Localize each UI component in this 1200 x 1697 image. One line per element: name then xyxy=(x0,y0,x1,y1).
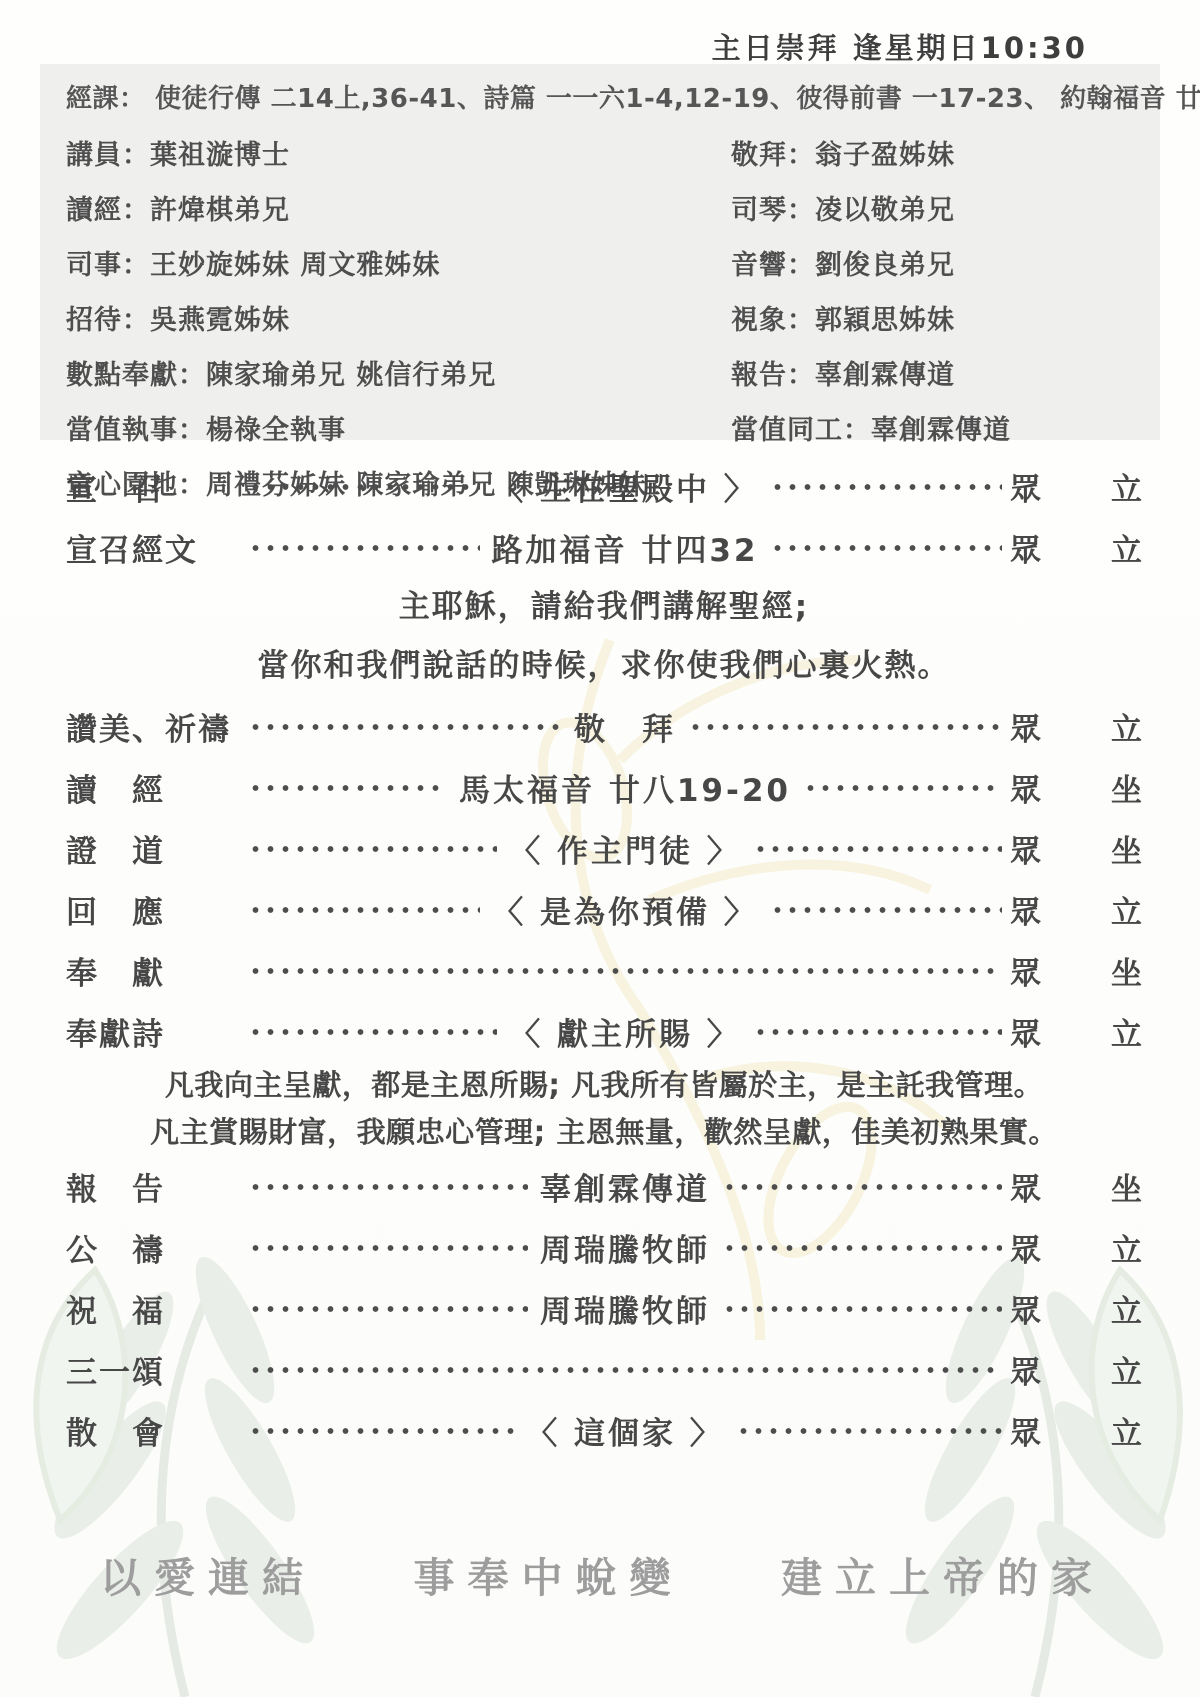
posture-label: 立 xyxy=(1111,1347,1142,1392)
program-row-doxology: 三一頌 眾 立 xyxy=(66,1339,1142,1400)
program-item-title: 讀 經 xyxy=(66,765,244,810)
posture-label: 坐 xyxy=(1111,1164,1142,1209)
dotted-leader xyxy=(248,1364,1002,1376)
program-item-title: 祝 福 xyxy=(66,1286,244,1331)
program-item-title: 奉 獻 xyxy=(66,948,244,993)
page-title: 主日崇拜 逢星期日10:30 xyxy=(712,26,1088,67)
role-scripture-reader: 讀經：許煒棋弟兄 xyxy=(66,183,731,238)
program-row-public-prayer: 公 禱 周瑞騰牧師 眾 立 xyxy=(66,1217,1142,1278)
program-item-title: 奉獻詩 xyxy=(66,1009,244,1054)
posture-indicator: 眾 立 xyxy=(1010,1347,1142,1392)
dotted-leader xyxy=(248,904,480,916)
bulletin-page: 主日崇拜 逢星期日10:30 經課： 使徒行傳 二14上,36-41、詩篇 一一… xyxy=(0,0,1200,1697)
footer-slogans: 以愛連結 事奉中蛻變 建立上帝的家 xyxy=(100,1545,1105,1604)
program-item-content: 馬太福音 廿八19-20 xyxy=(451,765,799,810)
call-scripture-verse-line: 主耶穌，請給我們講解聖經; xyxy=(66,578,1142,637)
audience-label: 眾 xyxy=(1010,1225,1041,1270)
slogan-connect-in-love: 以愛連結 xyxy=(100,1545,316,1604)
slogan-build-gods-home: 建立上帝的家 xyxy=(781,1545,1105,1604)
order-of-worship: 宣 召 〈 主在聖殿中 〉 眾 立 宣召經文 路加福音 廿四32 眾 立 主耶穌… xyxy=(66,456,1142,1461)
program-item-content: 路加福音 廿四32 xyxy=(484,525,767,570)
role-announcements: 報告：辜創霖傳道 xyxy=(731,348,1134,403)
audience-label: 眾 xyxy=(1010,704,1041,749)
program-item-content: 〈 獻主所賜 〉 xyxy=(501,1009,749,1054)
role-speaker: 講員：葉祖漩博士 xyxy=(66,128,731,183)
program-item-title: 證 道 xyxy=(66,826,244,871)
program-item-title: 公 禱 xyxy=(66,1225,244,1270)
dotted-leader xyxy=(722,1242,1002,1254)
dotted-leader xyxy=(770,904,1002,916)
program-item-title: 報 告 xyxy=(66,1164,244,1209)
dotted-leader xyxy=(770,481,1002,493)
dotted-leader xyxy=(753,843,1002,855)
posture-indicator: 眾 立 xyxy=(1010,1408,1142,1453)
program-row-offering-hymn: 奉獻詩 〈 獻主所賜 〉 眾 立 xyxy=(66,1001,1142,1062)
program-item-title: 讚美、祈禱 xyxy=(66,704,244,749)
dotted-leader xyxy=(736,1425,1002,1437)
dotted-leader xyxy=(248,1181,528,1193)
dotted-leader xyxy=(248,542,480,554)
posture-indicator: 眾 立 xyxy=(1010,1286,1142,1331)
role-worship-leader: 敬拜：翁子盈姊妹 xyxy=(731,128,1134,183)
posture-label: 立 xyxy=(1111,1009,1142,1054)
service-info-box: 經課： 使徒行傳 二14上,36-41、詩篇 一一六1-4,12-19、彼得前書… xyxy=(40,64,1160,440)
role-ushers: 司事：王妙旋姊妹 周文雅姊妹 xyxy=(66,238,731,293)
posture-label: 坐 xyxy=(1111,826,1142,871)
posture-indicator: 眾 立 xyxy=(1010,525,1142,570)
dotted-leader xyxy=(248,1242,528,1254)
posture-label: 立 xyxy=(1111,704,1142,749)
program-item-content: 〈 這個家 〉 xyxy=(518,1408,732,1453)
role-pianist: 司琴：凌以敬弟兄 xyxy=(731,183,1134,238)
posture-indicator: 眾 立 xyxy=(1010,1225,1142,1270)
dotted-leader xyxy=(248,965,1002,977)
posture-indicator: 眾 坐 xyxy=(1010,1164,1142,1209)
posture-label: 立 xyxy=(1111,525,1142,570)
dotted-leader xyxy=(803,782,1002,794)
program-item-content: 〈 作主門徒 〉 xyxy=(501,826,749,871)
dotted-leader xyxy=(753,1026,1002,1038)
role-visual: 視象：郭穎思姊妹 xyxy=(731,293,1134,348)
posture-label: 立 xyxy=(1111,1408,1142,1453)
program-item-title: 三一頌 xyxy=(66,1347,244,1392)
program-item-title: 宣 召 xyxy=(66,464,244,509)
audience-label: 眾 xyxy=(1010,1009,1041,1054)
dotted-leader xyxy=(688,721,1002,733)
dotted-leader xyxy=(248,782,447,794)
posture-indicator: 眾 坐 xyxy=(1010,765,1142,810)
audience-label: 眾 xyxy=(1010,765,1041,810)
audience-label: 眾 xyxy=(1010,525,1041,570)
posture-indicator: 眾 坐 xyxy=(1010,826,1142,871)
program-item-title: 散 會 xyxy=(66,1408,244,1453)
audience-label: 眾 xyxy=(1010,1347,1041,1392)
program-row-call-scripture: 宣召經文 路加福音 廿四32 眾 立 xyxy=(66,517,1142,578)
role-audio: 音響：劉俊良弟兄 xyxy=(731,238,1134,293)
audience-label: 眾 xyxy=(1010,464,1041,509)
audience-label: 眾 xyxy=(1010,1408,1041,1453)
program-item-content: 辜創霖傳道 xyxy=(532,1164,718,1209)
offering-hymn-lyrics-line: 凡主賞賜財富，我願忠心管理; 主恩無量，歡然呈獻，佳美初熟果實。 xyxy=(66,1109,1142,1156)
dotted-leader xyxy=(722,1181,1002,1193)
program-item-content: 周瑞騰牧師 xyxy=(532,1225,718,1270)
program-item-content: 敬 拜 xyxy=(566,704,684,749)
dotted-leader xyxy=(248,1026,497,1038)
posture-label: 坐 xyxy=(1111,765,1142,810)
program-item-content: 〈 主在聖殿中 〉 xyxy=(484,464,766,509)
audience-label: 眾 xyxy=(1010,826,1041,871)
posture-label: 坐 xyxy=(1111,948,1142,993)
posture-indicator: 眾 立 xyxy=(1010,887,1142,932)
dotted-leader xyxy=(248,1303,528,1315)
role-deacon-on-duty: 當值執事：楊祿全執事 xyxy=(66,403,731,458)
dotted-leader xyxy=(248,481,480,493)
dotted-leader xyxy=(248,721,562,733)
program-row-scripture-reading: 讀 經 馬太福音 廿八19-20 眾 坐 xyxy=(66,757,1142,818)
program-row-announcements: 報 告 辜創霖傳道 眾 坐 xyxy=(66,1156,1142,1217)
scripture-readings-line: 經課： 使徒行傳 二14上,36-41、詩篇 一一六1-4,12-19、彼得前書… xyxy=(66,78,1134,120)
dotted-leader xyxy=(248,1425,514,1437)
dotted-leader xyxy=(722,1303,1002,1315)
program-row-call-to-worship: 宣 召 〈 主在聖殿中 〉 眾 立 xyxy=(66,456,1142,517)
program-row-dismissal: 散 會 〈 這個家 〉 眾 立 xyxy=(66,1400,1142,1461)
dotted-leader xyxy=(770,542,1002,554)
program-row-response: 回 應 〈 是為你預備 〉 眾 立 xyxy=(66,879,1142,940)
role-greeter: 招待：吳燕霓姊妹 xyxy=(66,293,731,348)
program-item-content: 〈 是為你預備 〉 xyxy=(484,887,766,932)
role-offering-counters: 數點奉獻：陳家瑜弟兄 姚信行弟兄 xyxy=(66,348,731,403)
program-item-content: 周瑞騰牧師 xyxy=(532,1286,718,1331)
program-row-sermon: 證 道 〈 作主門徒 〉 眾 坐 xyxy=(66,818,1142,879)
program-item-title: 回 應 xyxy=(66,887,244,932)
role-staff-on-duty: 當值同工：辜創霖傳道 xyxy=(731,403,1134,458)
posture-label: 立 xyxy=(1111,887,1142,932)
audience-label: 眾 xyxy=(1010,1164,1041,1209)
program-row-praise-prayer: 讚美、祈禱 敬 拜 眾 立 xyxy=(66,696,1142,757)
posture-indicator: 眾 坐 xyxy=(1010,948,1142,993)
program-item-title: 宣召經文 xyxy=(66,525,244,570)
dotted-leader xyxy=(248,843,497,855)
program-row-benediction: 祝 福 周瑞騰牧師 眾 立 xyxy=(66,1278,1142,1339)
slogan-transform-in-service: 事奉中蛻變 xyxy=(414,1545,684,1604)
audience-label: 眾 xyxy=(1010,887,1041,932)
posture-label: 立 xyxy=(1111,1225,1142,1270)
posture-indicator: 眾 立 xyxy=(1010,1009,1142,1054)
posture-indicator: 眾 立 xyxy=(1010,704,1142,749)
offering-hymn-lyrics-line: 凡我向主呈獻，都是主恩所賜; 凡我所有皆屬於主，是主託我管理。 xyxy=(66,1062,1142,1109)
program-row-offering: 奉 獻 眾 坐 xyxy=(66,940,1142,1001)
posture-indicator: 眾 立 xyxy=(1010,464,1142,509)
audience-label: 眾 xyxy=(1010,948,1041,993)
audience-label: 眾 xyxy=(1010,1286,1041,1331)
call-scripture-verse-line: 當你和我們說話的時候，求你使我們心裏火熱。 xyxy=(66,637,1142,696)
posture-label: 立 xyxy=(1111,1286,1142,1331)
posture-label: 立 xyxy=(1111,464,1142,509)
